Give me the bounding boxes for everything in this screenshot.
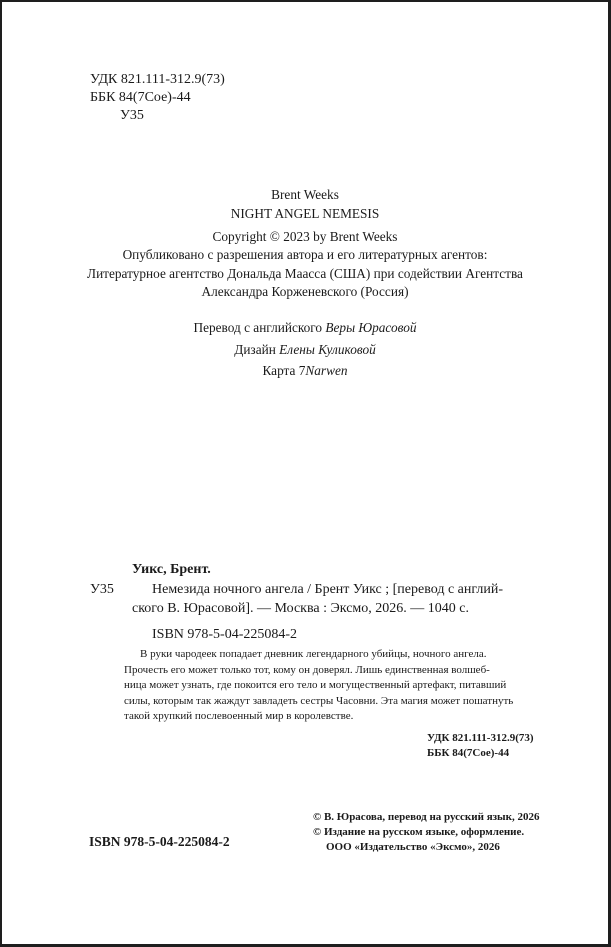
footer-copyright-line-1: © В. Юрасова, перевод на русский язык, 2… <box>313 810 540 826</box>
rights-line-1: Опубликовано с разрешения автора и его л… <box>2 245 608 264</box>
footer-copyright-line-3: ООО «Издательство «Эксмо», 2026 <box>326 840 500 856</box>
design-label: Дизайн <box>234 342 279 357</box>
bbk-code: ББК 84(7Сое)-44 <box>90 89 191 106</box>
footer-bbk-code: ББК 84(7Сое)-44 <box>427 746 509 762</box>
annotation-line-5: такой хрупкий послевоенный мир в королев… <box>124 709 560 725</box>
map-author-name: Narwen <box>305 363 347 378</box>
annotation-line-2: Прочесть его может только тот, кому он д… <box>124 663 560 679</box>
catalog-sign: У35 <box>90 581 114 598</box>
catalog-isbn: ISBN 978-5-04-225084-2 <box>152 626 297 643</box>
translation-credit: Перевод с английского Веры Юрасовой <box>2 318 608 337</box>
catalog-description-line-2: ского В. Юрасовой]. — Москва : Эксмо, 20… <box>132 600 469 617</box>
annotation-line-4: силы, которым так жаждут завладеть сестр… <box>124 694 560 710</box>
author-sign: У35 <box>120 107 144 124</box>
copyright-page: УДК 821.111-312.9(73) ББК 84(7Сое)-44 У3… <box>0 0 611 947</box>
footer-udk-code: УДК 821.111-312.9(73) <box>427 731 534 747</box>
annotation: В руки чародеек попадает дневник легенда… <box>124 647 560 725</box>
annotation-line-3: ница может узнать, где покоится его тело… <box>124 678 560 694</box>
translator-name: Веры Юрасовой <box>325 320 416 335</box>
catalog-author-heading: Уикс, Брент. <box>132 561 211 578</box>
designer-name: Елены Куликовой <box>279 342 376 357</box>
footer-copyright-line-2: © Издание на русском языке, оформление. <box>313 825 524 841</box>
footer-isbn: ISBN 978-5-04-225084-2 <box>89 833 230 850</box>
translation-label: Перевод с английского <box>193 320 325 335</box>
map-label: Карта 7 <box>262 363 305 378</box>
design-credit: Дизайн Елены Куликовой <box>2 340 608 359</box>
original-title: NIGHT ANGEL NEMESIS <box>2 204 608 223</box>
original-copyright: Copyright © 2023 by Brent Weeks <box>2 227 608 246</box>
map-credit: Карта 7Narwen <box>2 361 608 380</box>
catalog-description-line-1: Немезида ночного ангела / Брент Уикс ; [… <box>152 581 503 598</box>
rights-line-2: Литературное агентство Дональда Маасса (… <box>2 264 608 283</box>
rights-line-3: Александра Корженевского (Россия) <box>2 282 608 301</box>
original-author: Brent Weeks <box>2 185 608 204</box>
annotation-line-1: В руки чародеек попадает дневник легенда… <box>124 647 560 663</box>
udk-code: УДК 821.111-312.9(73) <box>90 71 225 88</box>
